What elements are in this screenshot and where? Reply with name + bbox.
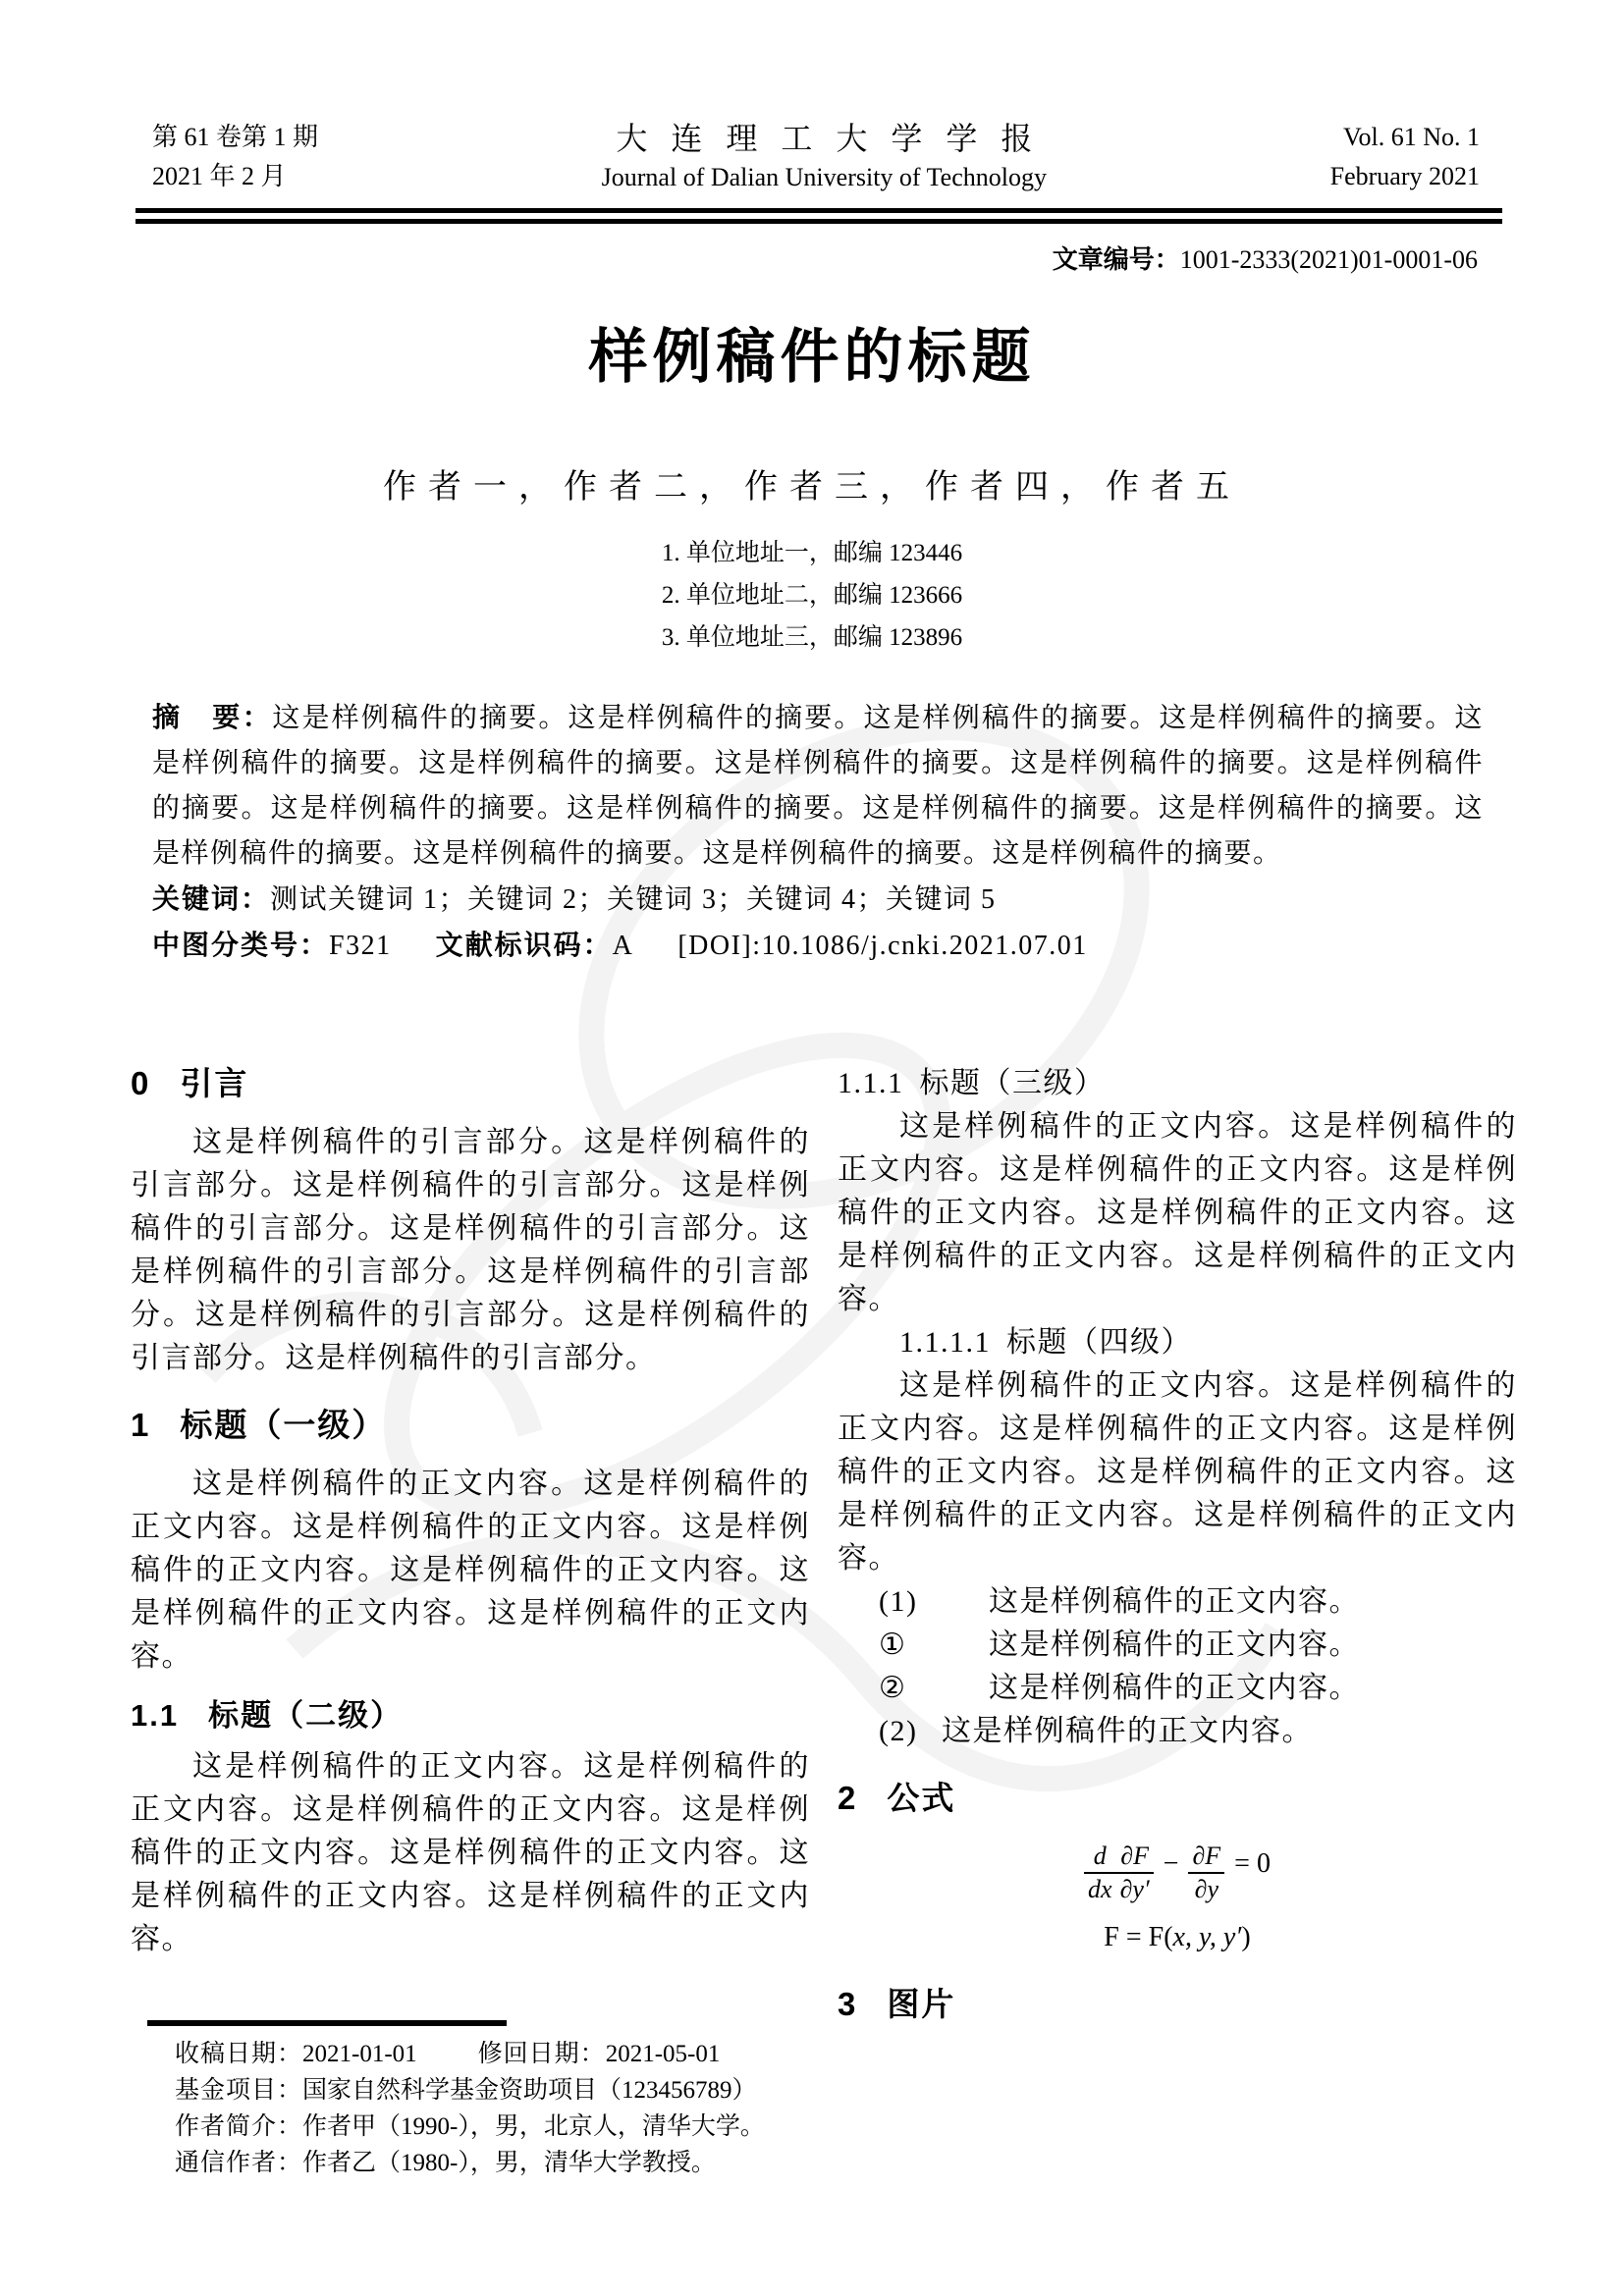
issue-date-en: February 2021: [1330, 157, 1480, 196]
heading-title: 公式: [887, 1780, 955, 1816]
list-text: 这是样例稿件的正文内容。: [989, 1629, 1360, 1661]
heading-title: 图片: [887, 1986, 955, 2022]
issue-info-en: Vol. 61 No. 1 February 2021: [1330, 118, 1480, 196]
header-double-rule: [135, 208, 1502, 224]
clc-label: 中图分类号：: [152, 930, 329, 960]
bio-value: 作者甲（1990-），男，北京人，清华大学。: [302, 2113, 765, 2140]
article-number-label: 文章编号：: [1053, 244, 1180, 274]
heading-title: 标题（一级）: [180, 1407, 386, 1443]
abstract-label: 摘 要：: [152, 702, 272, 732]
paper-title: 样例稿件的标题: [0, 310, 1624, 395]
bio-label: 作者简介：: [175, 2112, 302, 2140]
article-number-value: 1001-2333(2021)01-0001-06: [1180, 245, 1478, 274]
fraction: ddx: [1084, 1842, 1116, 1904]
corr-value: 作者乙（1980-），男，清华大学教授。: [302, 2150, 716, 2176]
heading-sec1: 1标题（一级）: [131, 1404, 810, 1447]
heading-sec2: 2公式: [838, 1777, 1517, 1820]
affiliation-item: 3. 单位地址三，邮编 123896: [0, 616, 1624, 659]
footnote-rule: [147, 2020, 507, 2026]
footnote-bio: 作者简介：作者甲（1990-），男，北京人，清华大学。: [175, 2109, 1255, 2145]
paragraph-body: 这是样例稿件的正文内容。这是样例稿件的正文内容。这是样例稿件的正文内容。这是样例…: [131, 1463, 810, 1679]
revised-value: 2021-05-01: [606, 2041, 721, 2067]
list-item: (1)这是样例稿件的正文内容。: [838, 1580, 1517, 1624]
list-marker: ①: [879, 1624, 989, 1667]
affiliations: 1. 单位地址一，邮编 123446 2. 单位地址二，邮编 123666 3.…: [0, 532, 1624, 659]
heading-sec1-1: 1.1标题（二级）: [131, 1694, 810, 1737]
heading-number: 1.1.1.1: [899, 1326, 991, 1359]
list-item: ①这是样例稿件的正文内容。: [838, 1624, 1517, 1667]
footnotes: 收稿日期：2021-01-01修回日期：2021-05-01 基金项目：国家自然…: [175, 2036, 1255, 2181]
fund-value: 国家自然科学基金资助项目（123456789）: [302, 2077, 757, 2104]
list-marker: ②: [879, 1667, 989, 1710]
fraction: ∂F∂y: [1188, 1842, 1224, 1904]
article-number: 文章编号：1001-2333(2021)01-0001-06: [1053, 240, 1478, 276]
list-text: 这是样例稿件的正文内容。: [989, 1585, 1360, 1618]
heading-sec1-1-1-1: 1.1.1.1标题（四级）: [838, 1321, 1517, 1364]
doi: [DOI]:10.1086/j.cnki.2021.07.01: [677, 931, 1087, 961]
heading-number: 1: [131, 1407, 150, 1443]
received-label: 收稿日期：: [175, 2040, 302, 2067]
heading-title: 标题（三级）: [920, 1067, 1106, 1099]
keywords-text: 测试关键词 1；关键词 2；关键词 3；关键词 4；关键词 5: [270, 884, 997, 915]
abstract: 摘 要：这是样例稿件的摘要。这是样例稿件的摘要。这是样例稿件的摘要。这是样例稿件…: [152, 695, 1484, 877]
volume-issue-en: Vol. 61 No. 1: [1330, 118, 1480, 157]
journal-name-en: Journal of Dalian University of Technolo…: [592, 159, 1056, 196]
clc-value: F321: [329, 931, 392, 961]
doc-code-value: A: [613, 931, 634, 961]
heading-title: 标题（二级）: [208, 1698, 403, 1733]
formula-functional: F = F(x, y, y′): [838, 1916, 1517, 1959]
heading-number: 1.1: [131, 1698, 179, 1733]
authors-line: 作者一，作者二，作者三，作者四，作者五: [0, 459, 1624, 507]
list-item: (2)这是样例稿件的正文内容。: [838, 1710, 1517, 1753]
abstract-text: 这是样例稿件的摘要。这是样例稿件的摘要。这是样例稿件的摘要。这是样例稿件的摘要。…: [152, 703, 1484, 869]
heading-sec1-1-1: 1.1.1标题（三级）: [838, 1062, 1517, 1105]
heading-title: 标题（四级）: [1006, 1326, 1192, 1359]
list-marker: (2): [879, 1710, 942, 1753]
list-item: ②这是样例稿件的正文内容。: [838, 1667, 1517, 1710]
doc-code-label: 文献标识码：: [436, 930, 613, 960]
corr-label: 通信作者：: [175, 2149, 302, 2176]
footnote-dates: 收稿日期：2021-01-01修回日期：2021-05-01: [175, 2036, 1255, 2072]
heading-sec0: 0引言: [131, 1062, 810, 1105]
paragraph-body: 这是样例稿件的正文内容。这是样例稿件的正文内容。这是样例稿件的正文内容。这是样例…: [131, 1745, 810, 1961]
heading-sec3: 3图片: [838, 1983, 1517, 2026]
list-marker: (1): [879, 1580, 989, 1624]
heading-number: 3: [838, 1986, 857, 2022]
left-column: 0引言 这是样例稿件的引言部分。这是样例稿件的引言部分。这是样例稿件的引言部分。…: [131, 1062, 810, 2042]
heading-number: 2: [838, 1780, 857, 1816]
heading-number: 0: [131, 1065, 150, 1101]
right-column: 1.1.1标题（三级） 这是样例稿件的正文内容。这是样例稿件的正文内容。这是样例…: [838, 1062, 1517, 2042]
list-text: 这是样例稿件的正文内容。: [989, 1672, 1360, 1704]
revised-label: 修回日期：: [478, 2040, 606, 2067]
issue-date-cn: 2021 年 2 月: [152, 157, 318, 196]
paragraph-body: 这是样例稿件的正文内容。这是样例稿件的正文内容。这是样例稿件的正文内容。这是样例…: [838, 1364, 1517, 1580]
fund-label: 基金项目：: [175, 2076, 302, 2104]
journal-name-cn: 大连理工大学学报: [592, 118, 1056, 159]
minus-sign: −: [1164, 1848, 1179, 1879]
heading-title: 引言: [180, 1065, 248, 1101]
affiliation-item: 1. 单位地址一，邮编 123446: [0, 532, 1624, 574]
footnote-corresponding: 通信作者：作者乙（1980-），男，清华大学教授。: [175, 2145, 1255, 2181]
journal-name: 大连理工大学学报 Journal of Dalian University of…: [592, 118, 1056, 196]
volume-issue: 第 61 卷第 1 期: [152, 118, 318, 157]
affiliation-item: 2. 单位地址二，邮编 123666: [0, 574, 1624, 616]
keywords-label: 关键词：: [152, 883, 270, 914]
footnote-fund: 基金项目：国家自然科学基金资助项目（123456789）: [175, 2072, 1255, 2109]
classification-line: 中图分类号：F321文献标识码：A[DOI]:10.1086/j.cnki.20…: [152, 923, 1484, 969]
fraction: ∂F∂y′: [1116, 1842, 1154, 1904]
front-matter: 摘 要：这是样例稿件的摘要。这是样例稿件的摘要。这是样例稿件的摘要。这是样例稿件…: [152, 695, 1484, 969]
journal-page: 第 61 卷第 1 期 2021 年 2 月 大连理工大学学报 Journal …: [0, 0, 1624, 2296]
keywords: 关键词：测试关键词 1；关键词 2；关键词 3；关键词 4；关键词 5: [152, 877, 1484, 923]
paragraph-intro: 这是样例稿件的引言部分。这是样例稿件的引言部分。这是样例稿件的引言部分。这是样例…: [131, 1121, 810, 1380]
equals-zero: = 0: [1234, 1848, 1271, 1879]
running-head: 第 61 卷第 1 期 2021 年 2 月 大连理工大学学报 Journal …: [152, 118, 1480, 196]
body-columns: 0引言 这是样例稿件的引言部分。这是样例稿件的引言部分。这是样例稿件的引言部分。…: [131, 1062, 1517, 2042]
heading-number: 1.1.1: [838, 1067, 904, 1099]
received-value: 2021-01-01: [302, 2041, 417, 2067]
list-text: 这是样例稿件的正文内容。: [942, 1715, 1313, 1747]
formula-euler-lagrange: ddx∂F∂y′−∂F∂y= 0: [838, 1842, 1517, 1904]
issue-info: 第 61 卷第 1 期 2021 年 2 月: [152, 118, 318, 196]
paragraph-body: 这是样例稿件的正文内容。这是样例稿件的正文内容。这是样例稿件的正文内容。这是样例…: [838, 1105, 1517, 1321]
